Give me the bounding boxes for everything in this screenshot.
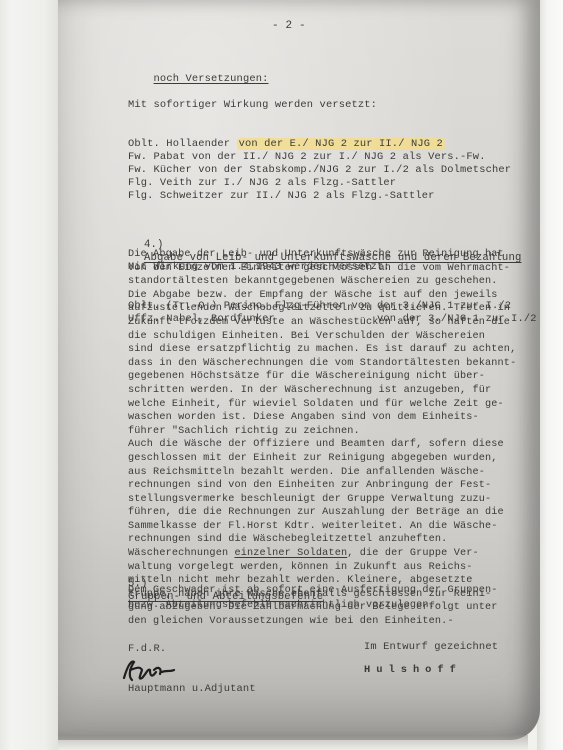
- body-line: führen, die die Rechnungen zur Auszahlun…: [128, 506, 516, 520]
- body-line: aufzustellenden Wäschebegleitzetteln zu …: [128, 302, 516, 316]
- body-line: schritten werden. In der Wäscherechnung …: [128, 384, 516, 398]
- body-line: die schuldigen Einheiten. Bei Verschulde…: [128, 330, 516, 344]
- transfer-entry-text: Flg. Schweitzer zur II./ NJG 2 als Flzg.…: [128, 190, 435, 202]
- body-line: bezw. Abteilungsbefehle nachrichtlich vo…: [128, 598, 498, 613]
- body-text: führer "Sachlich richtig zu zeichnen.: [128, 426, 360, 437]
- transfer-entry: Oblt. Hollaender von der E./ NJG 2 zur I…: [128, 138, 537, 151]
- body-line: dass in den Wäscherechnungen die vom Sta…: [128, 357, 516, 371]
- transfers-intro-immediate: Mit sofortiger Wirkung werden versetzt:: [128, 99, 537, 112]
- draft-note: Im Entwurf gezeichnet: [364, 641, 498, 654]
- transfer-entry-text: Oblt. Hollaender: [128, 138, 237, 150]
- body-text: geschlossen mit der Einheit zur Reinigun…: [128, 453, 498, 464]
- body-text: standortältesten bekanntgegebenen Wäsche…: [128, 276, 498, 287]
- body-text: Sammelkasse der Fl.Horst Kdtr. weiterlei…: [128, 521, 498, 532]
- body-line: waschen worden ist. Diese Angaben sind v…: [128, 411, 516, 425]
- body-text: gegebenen Höchstsätze für die Wäscherein…: [128, 371, 485, 382]
- body-line: welche Einheit, für wieviel Soldaten und…: [128, 398, 516, 412]
- body-text: Die Abgabe bezw. der Empfang der Wäsche …: [128, 290, 498, 301]
- transfer-entry-text: Fw. Kücher von der Stabskomp./NJG 2 zur …: [128, 164, 511, 176]
- underlined-phrase: einzelner Soldaten: [234, 548, 347, 559]
- body-line: standortältesten bekanntgegebenen Wäsche…: [128, 275, 516, 289]
- left-margin: [12, 0, 58, 750]
- transfer-entry: Fw. Pabat von der II./ NJG 2 zur I./ NJG…: [128, 151, 537, 164]
- body-text: , die der Gruppe Ver-: [347, 548, 479, 559]
- binder-edge: [0, 0, 12, 750]
- transfer-entry: Flg. Schweitzer zur II./ NJG 2 als Flzg.…: [128, 190, 537, 203]
- body-text: die schuldigen Einheiten. Bei Verschulde…: [128, 331, 485, 342]
- body-line: rechnungen sind die Wäschebegleitzettel …: [128, 533, 516, 547]
- body-text: Wäscherechnungen: [128, 548, 234, 559]
- transfer-entry: Fw. Kücher von der Stabskomp./NJG 2 zur …: [128, 164, 537, 177]
- body-text: den gleichen Voraussetzungen wie bei den…: [128, 616, 454, 627]
- page-shadow: [58, 735, 528, 750]
- right-margin: [537, 0, 563, 750]
- body-text: schritten werden. In der Wäscherechnung …: [128, 385, 491, 396]
- body-text: rechnungen sind von den Einheiten zur An…: [128, 480, 491, 491]
- body-text: rechnungen sind die Wäschebegleitzettel …: [128, 534, 447, 545]
- document-page: - 2 - noch Versetzungen: Mit sofortiger …: [58, 0, 540, 740]
- fdr-mark: F.d.R.: [128, 643, 166, 656]
- signatory-name: Hulshoff: [364, 664, 462, 677]
- body-line: Die Abgabe der Leib- und Unterkunftswäsc…: [128, 248, 516, 262]
- body-line: führer "Sachlich richtig zu zeichnen.: [128, 425, 516, 439]
- body-text: führen, die die Rechnungen zur Auszahlun…: [128, 507, 504, 518]
- body-text: stellungsvermerke beschleunigt der Grupp…: [128, 494, 491, 505]
- body-text: waschen worden ist. Diese Angaben sind v…: [128, 412, 479, 423]
- transfer-entry-text: Fw. Pabat von der II./ NJG 2 zur I./ NJG…: [128, 151, 486, 163]
- transfer-entry: Flg. Veith zur I./ NJG 2 als Flzg.-Sattl…: [128, 177, 537, 190]
- body-text: Die Abgabe der Leib- und Unterkunftswäsc…: [128, 249, 504, 260]
- body-text: Zukunft trotzdem Verluste an Wäschestück…: [128, 317, 510, 328]
- body-line: den gleichen Voraussetzungen wie bei den…: [128, 615, 516, 629]
- body-line: geschlossen mit der Einheit zur Reinigun…: [128, 452, 516, 466]
- body-text: sind diese ersatzpflichtig zu machen. Es…: [128, 344, 516, 355]
- body-line: gegebenen Höchstsätze für die Wäscherein…: [128, 370, 516, 384]
- body-line: Zukunft trotzdem Verluste an Wäschestück…: [128, 316, 516, 330]
- body-line: sind diese ersatzpflichtig zu machen. Es…: [128, 343, 516, 357]
- body-line: Die Abgabe bezw. der Empfang der Wäsche …: [128, 289, 516, 303]
- handwritten-signature-icon: [120, 656, 180, 686]
- body-line: aus Reichsmitteln bezahlt werden. Die an…: [128, 466, 516, 480]
- signer-rank: Hauptmann u.Adjutant: [128, 683, 256, 696]
- body-line: Dem Geschwader ist ab sofort eine Ausfer…: [128, 583, 498, 598]
- section-5-body: Dem Geschwader ist ab sofort eine Ausfer…: [128, 583, 498, 613]
- body-text: dass in den Wäscherechnungen die vom Sta…: [128, 358, 516, 369]
- body-text: Auch die Wäsche der Offiziere und Beamte…: [128, 439, 504, 450]
- body-line: Sammelkasse der Fl.Horst Kdtr. weiterlei…: [128, 520, 516, 534]
- body-text: aus Reichsmitteln bezahlt werden. Die an…: [128, 467, 485, 478]
- transfers-heading: noch Versetzungen:: [154, 73, 269, 86]
- body-line: rechnungen sind von den Einheiten zur An…: [128, 479, 516, 493]
- highlighted-unit: von der E./ NJG 2 zur II./ NJG 2: [237, 138, 445, 150]
- transfers-list-immediate: Oblt. Hollaender von der E./ NJG 2 zur I…: [128, 138, 537, 203]
- body-text: aufzustellenden Wäschebegleitzetteln zu …: [128, 303, 510, 314]
- body-line: Auch die Wäsche der Offiziere und Beamte…: [128, 438, 516, 452]
- body-line: Wäscherechnungen einzelner Soldaten, die…: [128, 547, 516, 561]
- body-line: stellungsvermerke beschleunigt der Grupp…: [128, 493, 516, 507]
- body-text: welche Einheit, für wieviel Soldaten und…: [128, 399, 504, 410]
- body-text: von den Einzelnen Einheiten geschlossen …: [128, 263, 510, 274]
- page-number: - 2 -: [272, 20, 306, 33]
- transfer-entry-text: Flg. Veith zur I./ NJG 2 als Flzg.-Sattl…: [128, 177, 396, 189]
- body-line: von den Einzelnen Einheiten geschlossen …: [128, 262, 516, 276]
